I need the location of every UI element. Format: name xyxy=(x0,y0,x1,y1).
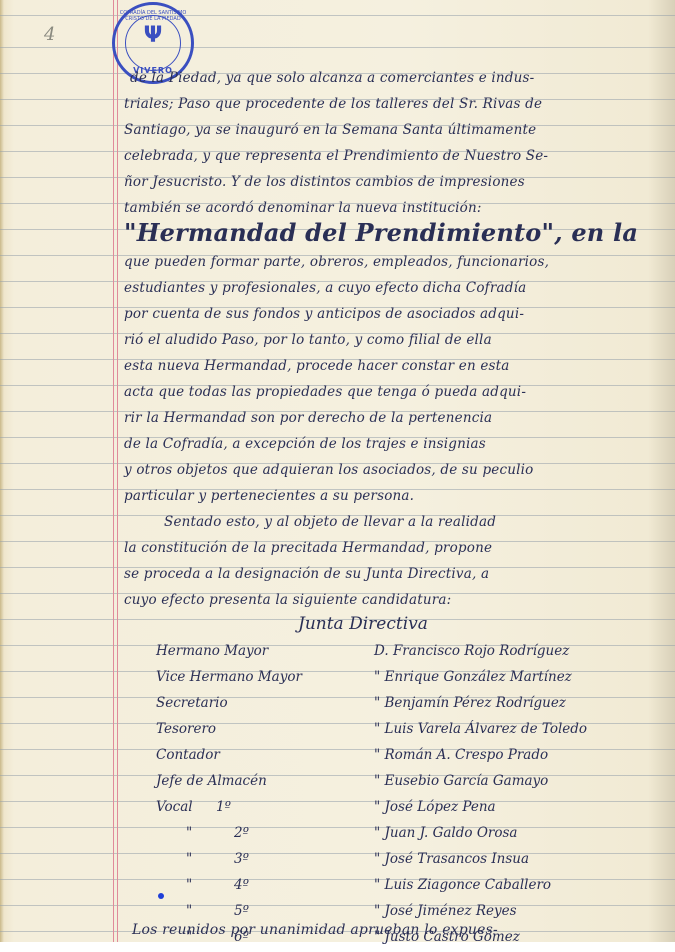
text-line: triales; Paso que procedente de los tall… xyxy=(124,96,542,112)
text-line: esta nueva Hermandad, procede hacer cons… xyxy=(124,358,510,374)
page-number: 4 xyxy=(44,24,55,45)
member-name: D. Francisco Rojo Rodríguez xyxy=(374,643,569,659)
text-line: cuyo efecto presenta la siguiente candid… xyxy=(124,592,451,608)
text-line: ñor Jesucristo. Y de los distintos cambi… xyxy=(124,174,525,190)
member-ordinal: 2º xyxy=(234,825,249,841)
member-role: " xyxy=(186,903,192,919)
closing-line: Los reunidos por unanimidad aprueban lo … xyxy=(132,922,498,938)
member-role: " xyxy=(186,825,192,841)
member-role: " xyxy=(186,877,192,893)
member-role: Contador xyxy=(156,747,220,763)
text-line: la constitución de la precitada Hermanda… xyxy=(124,540,492,556)
text-line: rir la Hermandad son por derecho de la p… xyxy=(124,410,492,426)
text-line: de la Piedad, ya que solo alcanza a come… xyxy=(130,70,534,86)
text-line: Santiago, ya se inauguró en la Semana Sa… xyxy=(124,122,536,138)
ink-dot xyxy=(158,893,164,899)
text-line: por cuenta de sus fondos y anticipos de … xyxy=(124,306,524,322)
text-line: también se acordó denominar la nueva ins… xyxy=(124,200,482,216)
text-line: se proceda a la designación de su Junta … xyxy=(124,566,489,582)
member-name: " Román A. Crespo Prado xyxy=(374,747,548,763)
text-line: estudiantes y profesionales, a cuyo efec… xyxy=(124,280,526,296)
member-ordinal: 3º xyxy=(234,851,249,867)
member-ordinal: 5º xyxy=(234,903,249,919)
text-line: y otros objetos que adquieran los asocia… xyxy=(124,462,534,478)
member-name: " Benjamín Pérez Rodríguez xyxy=(374,695,566,711)
member-role: Tesorero xyxy=(156,721,216,737)
member-ordinal: 4º xyxy=(234,877,249,893)
member-name: " José Jiménez Reyes xyxy=(374,903,517,919)
member-name: " Eusebio García Gamayo xyxy=(374,773,548,789)
text-line: que pueden formar parte, obreros, emplea… xyxy=(124,254,549,270)
member-role: Hermano Mayor xyxy=(156,643,268,659)
hermandad-title: "Hermandad del Prendimiento", en la xyxy=(124,218,638,247)
stamp-emblem-icon: Ψ xyxy=(115,23,191,48)
member-role: " xyxy=(186,851,192,867)
margin-line-inner xyxy=(117,0,118,942)
member-role: Vocal xyxy=(156,799,193,815)
stamp-ring-text: COFRADÍA DEL SANTÍSIMO CRISTO DE LA PIED… xyxy=(115,10,191,22)
text-line: de la Cofradía, a excepción de los traje… xyxy=(124,436,486,452)
text-line: rió el aludido Paso, por lo tanto, y com… xyxy=(124,332,492,348)
member-ordinal: 1º xyxy=(216,799,231,815)
manuscript-page: 4 COFRADÍA DEL SANTÍSIMO CRISTO DE LA PI… xyxy=(0,0,675,942)
text-line: particular y pertenecientes a su persona… xyxy=(124,488,414,504)
member-name: " Luis Ziagonce Caballero xyxy=(374,877,551,893)
text-line: celebrada, y que representa el Prendimie… xyxy=(124,148,548,164)
member-role: Jefe de Almacén xyxy=(156,773,267,789)
junta-heading: Junta Directiva xyxy=(298,614,428,634)
member-name: " José Trasancos Insua xyxy=(374,851,529,867)
margin-line-outer xyxy=(113,0,114,942)
text-line: Sentado esto, y al objeto de llevar a la… xyxy=(164,514,496,530)
member-role: Secretario xyxy=(156,695,228,711)
text-line: acta que todas las propiedades que tenga… xyxy=(124,384,526,400)
member-name: " Luis Varela Álvarez de Toledo xyxy=(374,721,587,737)
member-name: " Juan J. Galdo Orosa xyxy=(374,825,517,841)
member-role: Vice Hermano Mayor xyxy=(156,669,302,685)
member-name: " José López Pena xyxy=(374,799,496,815)
member-name: " Enrique González Martínez xyxy=(374,669,572,685)
